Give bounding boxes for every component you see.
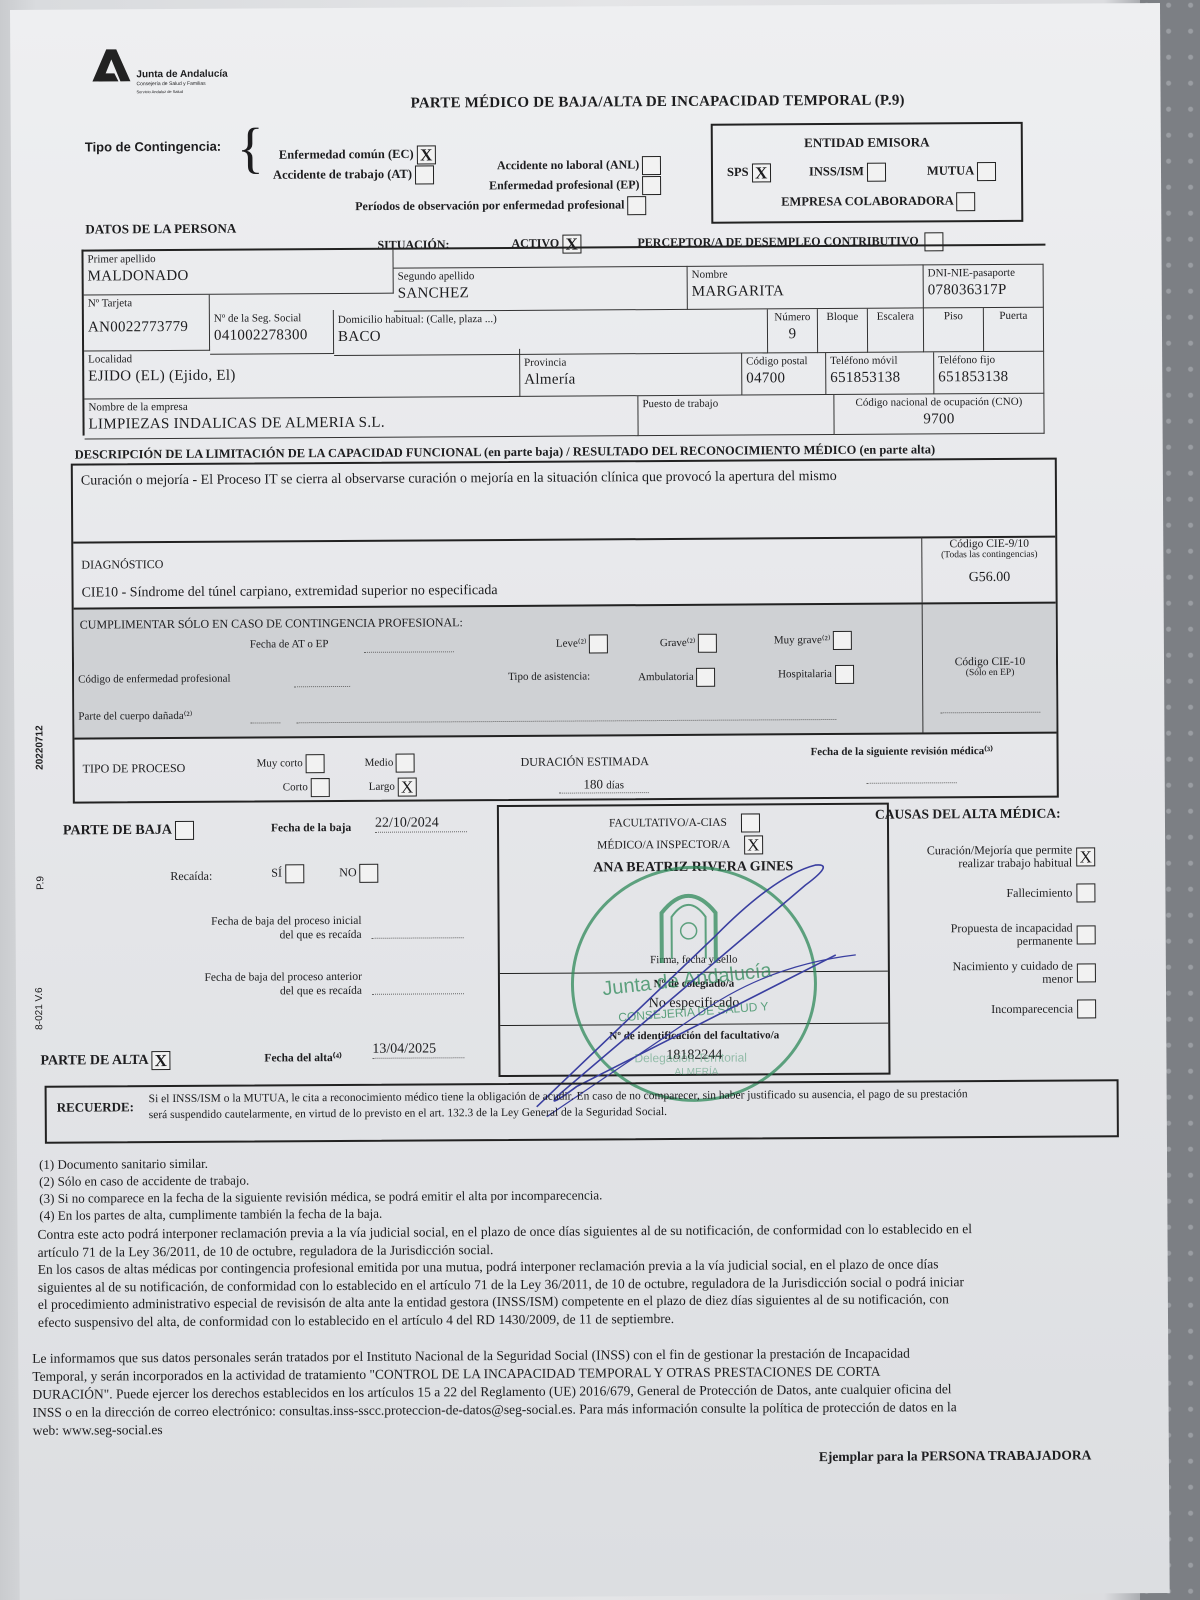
- entidad-inss[interactable]: INSS/ISM: [809, 163, 886, 182]
- entidad-mutua[interactable]: MUTUA: [927, 162, 996, 181]
- fecha-inicial-label: Fecha de baja del proceso inicial del qu…: [166, 914, 362, 943]
- parte-baja-label: PARTE DE BAJA: [63, 823, 171, 839]
- cie10-input[interactable]: [940, 712, 1040, 714]
- logo-org: Junta de Andalucía: [136, 69, 227, 81]
- fecha-alta-field[interactable]: 13/04/2025: [372, 1041, 464, 1059]
- divider: [73, 536, 1055, 544]
- muy-grave-checkbox[interactable]: [833, 631, 852, 650]
- puesto-field[interactable]: Puesto de trabajo: [638, 395, 834, 436]
- recuerde-label: RECUERDE:: [57, 1099, 134, 1115]
- telefono-movil-value: 651853138: [830, 369, 929, 387]
- codigo-postal-field[interactable]: Código postal 04700: [742, 353, 826, 396]
- bloque-label: Bloque: [822, 311, 863, 323]
- revision-input[interactable]: [867, 782, 957, 784]
- cie-sub: (Todas las contingencias): [922, 550, 1056, 561]
- duracion-field[interactable]: 180 días: [559, 776, 649, 794]
- empresa-label: Nombre de la empresa: [88, 398, 633, 413]
- entidad-empresa[interactable]: EMPRESA COLABORADORA: [781, 192, 975, 212]
- puesto-label: Puesto de trabajo: [642, 397, 829, 410]
- profesional-title: CUMPLIMENTAR SÓLO EN CASO DE CONTINGENCI…: [80, 615, 463, 632]
- grave-label: Grave⁽²⁾: [660, 637, 696, 649]
- hospitalaria-checkbox[interactable]: [835, 665, 854, 684]
- causa-label-line-1: Incomparecencia: [991, 1003, 1073, 1017]
- descripcion-box: Curación o mejoría - El Proceso IT se ci…: [71, 458, 1059, 804]
- parte-alta[interactable]: PARTE DE ALTA X: [40, 1051, 170, 1071]
- profesional-section: CUMPLIMENTAR SÓLO EN CASO DE CONTINGENCI…: [74, 602, 1057, 740]
- medio-checkbox[interactable]: [396, 754, 415, 773]
- fecha-alta-value: 13/04/2025: [372, 1041, 436, 1056]
- ejemplar-label: Ejemplar para la PERSONA TRABAJADORA: [819, 1447, 1092, 1465]
- corto[interactable]: Corto: [283, 778, 330, 797]
- contingencia-ep[interactable]: Enfermedad profesional (EP): [489, 176, 662, 196]
- causas-title: CAUSAS DEL ALTA MÉDICA:: [875, 806, 1061, 823]
- empresa-colaboradora-checkbox[interactable]: [956, 192, 975, 211]
- entidad-title: ENTIDAD EMISORA: [713, 134, 1021, 152]
- causa-label-line-2: menor: [953, 973, 1073, 987]
- segundo-apellido-label: Segundo apellido: [398, 269, 683, 283]
- nombre-field[interactable]: Nombre MARGARITA: [688, 264, 924, 309]
- footnote-3: (3) Si no comparece en la fecha de la si…: [39, 1186, 602, 1206]
- causa-item[interactable]: Propuesta de incapacidadpermanente: [886, 921, 1096, 948]
- contingencia-anl[interactable]: Accidente no laboral (ANL): [497, 156, 661, 176]
- codigo-ep-input[interactable]: [294, 686, 350, 687]
- causa-item[interactable]: Fallecimiento: [885, 883, 1095, 903]
- nombre-label: Nombre: [692, 267, 919, 280]
- duracion-label: DURACIÓN ESTIMADA: [521, 754, 649, 770]
- recaida-si-label: SÍ: [271, 866, 282, 880]
- hospitalaria[interactable]: Hospitalaria: [778, 665, 854, 684]
- fecha-at-input[interactable]: [364, 651, 454, 653]
- fecha-inicial-label-1: Fecha de baja del proceso inicial: [166, 914, 362, 929]
- puerta-label: Puerta: [988, 310, 1039, 322]
- fecha-baja-label: Fecha de la baja: [271, 822, 351, 834]
- causa-label: Nacimiento y cuidado demenor: [953, 960, 1073, 987]
- largo[interactable]: Largo X: [369, 778, 417, 797]
- side-date-code: 20220712: [34, 725, 45, 770]
- tarjeta-value: AN0022773779: [88, 319, 205, 337]
- recaida-si[interactable]: SÍ: [271, 864, 304, 883]
- ep-checkbox[interactable]: [642, 176, 661, 195]
- seg-social-label: Nº de la Seg. Social: [214, 312, 329, 325]
- localidad-label: Localidad: [88, 351, 515, 366]
- fecha-anterior-input[interactable]: [372, 993, 464, 995]
- logo: [88, 47, 132, 88]
- leve[interactable]: Leve⁽²⁾: [556, 634, 609, 653]
- inss-label: INSS/ISM: [809, 164, 864, 178]
- escalera-label: Escalera: [872, 310, 919, 322]
- contingencia-at[interactable]: Accidente de trabajo (AT): [273, 165, 434, 185]
- recuerde-line-1: Si el INSS/ISM o la MUTUA, le cita a rec…: [149, 1088, 968, 1105]
- recuerde-box: RECUERDE: Si el INSS/ISM o la MUTUA, le …: [45, 1079, 1119, 1144]
- telefono-movil-label: Teléfono móvil: [830, 354, 929, 367]
- cie10-sub: (Sólo en EP): [923, 668, 1057, 679]
- parte-cuerpo-input-1[interactable]: [250, 722, 280, 723]
- causas-list: Curación/Mejoría que permiterealizar tra…: [10, 3, 1160, 10]
- facultativo[interactable]: FACULTATIVO/A-CIAS: [609, 813, 760, 833]
- largo-checkbox[interactable]: X: [398, 778, 417, 797]
- puesto-value: [642, 412, 829, 413]
- at-checkbox[interactable]: [415, 165, 434, 184]
- facultativo-label: FACULTATIVO/A-CIAS: [609, 817, 727, 830]
- persona-section-title: DATOS DE LA PERSONA: [85, 221, 236, 238]
- revision-label: Fecha de la siguiente revisión médica⁽³⁾: [811, 744, 993, 758]
- diagnostico-value: CIE10 - Síndrome del túnel carpiano, ext…: [82, 583, 498, 602]
- anl-checkbox[interactable]: [642, 156, 661, 175]
- segundo-apellido-field[interactable]: Segundo apellido SANCHEZ: [394, 266, 688, 312]
- provincia-label: Provincia: [524, 356, 737, 369]
- hospitalaria-label: Hospitalaria: [778, 668, 832, 680]
- logo-sub: Consejería de Salud y Familias: [136, 81, 205, 87]
- leve-label: Leve⁽²⁾: [556, 638, 587, 650]
- empresa-colaboradora-label: EMPRESA COLABORADORA: [781, 194, 953, 209]
- recaida-no-checkbox[interactable]: [360, 864, 379, 883]
- bloque-field[interactable]: Bloque: [818, 309, 868, 353]
- empresa-value: LIMPIEZAS INDALICAS DE ALMERIA S.L.: [88, 413, 633, 433]
- legal-text: Contra este acto podrá interponer reclam…: [37, 1219, 1148, 1331]
- fecha-anterior-label-2: del que es recaída: [156, 984, 362, 999]
- causa-checkbox[interactable]: X: [1076, 847, 1095, 866]
- causa-item[interactable]: Curación/Mejoría que permiterealizar tra…: [885, 843, 1095, 870]
- muy-corto[interactable]: Muy corto: [257, 754, 325, 773]
- ambulatoria-label: Ambulatoria: [638, 671, 694, 683]
- brace-icon: {: [237, 120, 264, 176]
- sps-label: SPS: [727, 165, 749, 179]
- causa-label-line-1: Fallecimiento: [1006, 887, 1072, 900]
- causa-checkbox[interactable]: [1077, 999, 1096, 1018]
- tipo-proceso-label: TIPO DE PROCESO: [83, 761, 186, 777]
- causa-checkbox[interactable]: [1077, 925, 1096, 944]
- footnote-4: (4) En los partes de alta, cumplimente t…: [39, 1203, 602, 1223]
- nombre-value: MARGARITA: [692, 282, 919, 300]
- numero-field[interactable]: Número 9: [768, 309, 818, 353]
- codigo-ep-label: Código de enfermedad profesional: [78, 673, 230, 686]
- codigo-postal-label: Código postal: [746, 355, 821, 367]
- fecha-anterior-label-1: Fecha de baja del proceso anterior: [156, 970, 362, 985]
- duracion-value: 180: [583, 776, 603, 791]
- junta-andalucia-logo-icon: [88, 47, 132, 83]
- entidad-emisora-box: ENTIDAD EMISORA SPS X INSS/ISM MUTUA EMP…: [711, 122, 1024, 224]
- medio-label: Medio: [365, 757, 394, 769]
- dni-label: DNI-NIE-pasaporte: [928, 267, 1039, 280]
- primer-apellido-field[interactable]: Primer apellido MALDONADO: [83, 250, 393, 296]
- primer-apellido-value: MALDONADO: [88, 267, 389, 286]
- parte-cuerpo-input-2[interactable]: [296, 719, 836, 723]
- fecha-baja-value: 22/10/2024: [375, 815, 439, 830]
- causa-label: Propuesta de incapacidadpermanente: [951, 922, 1073, 949]
- causa-item[interactable]: Nacimiento y cuidado demenor: [886, 959, 1096, 986]
- fecha-baja-field[interactable]: 22/10/2024: [375, 815, 467, 833]
- tarjeta-field[interactable]: Nº Tarjeta AN0022773779: [84, 295, 210, 352]
- duracion-unit: días: [606, 779, 624, 791]
- telefono-fijo-value: 651853138: [938, 369, 1039, 387]
- footnotes: (1) Documento sanitario similar. (2) Sól…: [39, 1152, 602, 1223]
- ec-checkbox[interactable]: X: [417, 145, 436, 164]
- parte-cuerpo-label: Parte del cuerpo dañada⁽²⁾: [78, 709, 192, 723]
- dni-value: 078036317P: [928, 282, 1039, 300]
- cno-value: 9700: [838, 411, 1039, 429]
- causa-label: Curación/Mejoría que permiterealizar tra…: [927, 844, 1072, 871]
- facultativo-checkbox[interactable]: [741, 813, 760, 832]
- causa-item[interactable]: Incomparecencia: [886, 999, 1096, 1019]
- numero-value: 9: [772, 326, 813, 343]
- domicilio-label: Domicilio habitual: (Calle, plaza ...): [338, 311, 763, 326]
- parte-alta-label: PARTE DE ALTA: [40, 1053, 147, 1069]
- descripcion-text: Curación o mejoría - El Proceso IT se ci…: [81, 469, 837, 490]
- recaida-no-label: NO: [339, 865, 356, 879]
- codigo-postal-value: 04700: [746, 370, 821, 387]
- corto-checkbox[interactable]: [311, 778, 330, 797]
- recaida-si-checkbox[interactable]: [285, 864, 304, 883]
- localidad-field[interactable]: Localidad EJIDO (EL) (Ejido, El): [84, 349, 520, 400]
- causa-checkbox[interactable]: [1077, 963, 1096, 982]
- entidad-sps[interactable]: SPS X: [727, 163, 771, 182]
- primer-apellido-label: Primer apellido: [87, 252, 388, 266]
- inss-checkbox[interactable]: [867, 163, 886, 182]
- cie-field[interactable]: Código CIE-9/10 (Todas las contingencias…: [921, 536, 1056, 603]
- parte-baja-checkbox[interactable]: [175, 821, 194, 840]
- corto-label: Corto: [283, 781, 308, 793]
- telefono-fijo-field[interactable]: Teléfono fijo 651853138: [934, 352, 1044, 395]
- ambulatoria-checkbox[interactable]: [696, 668, 715, 687]
- leve-checkbox[interactable]: [589, 634, 608, 653]
- fecha-anterior-label: Fecha de baja del proceso anterior del q…: [156, 970, 362, 999]
- piso-label: Piso: [928, 310, 979, 322]
- causa-label-line-2: permanente: [951, 935, 1073, 949]
- empresa-field[interactable]: Nombre de la empresa LIMPIEZAS INDALICAS…: [84, 396, 638, 439]
- anl-label: Accidente no laboral (ANL): [497, 157, 639, 172]
- telefono-fijo-label: Teléfono fijo: [938, 354, 1039, 367]
- cno-field[interactable]: Código nacional de ocupación (CNO) 9700: [834, 394, 1044, 435]
- logo-sub2: Servicio Andaluz de Salud: [136, 89, 183, 94]
- diagnostico-label: DIAGNÓSTICO: [81, 557, 163, 573]
- recaida-no[interactable]: NO: [339, 864, 378, 883]
- numero-label: Número: [772, 311, 813, 323]
- cie-label: Código CIE-9/10: [922, 538, 1056, 551]
- causa-label: Fallecimiento: [1006, 887, 1072, 900]
- page-title: PARTE MÉDICO DE BAJA/ALTA DE INCAPACIDAD…: [411, 93, 905, 113]
- grave[interactable]: Grave⁽²⁾: [660, 634, 717, 653]
- medio[interactable]: Medio: [365, 754, 416, 773]
- seg-social-value: 041002278300: [214, 327, 329, 345]
- parte-baja[interactable]: PARTE DE BAJA: [63, 821, 194, 841]
- document-page: Junta de Andalucía Consejería de Salud y…: [10, 3, 1170, 1600]
- cie-value: G56.00: [922, 570, 1056, 587]
- fecha-inicial-label-2: del que es recaída: [166, 928, 362, 943]
- recaida-label: Recaída:: [170, 869, 212, 884]
- localidad-value: EJIDO (EL) (Ejido, El): [88, 366, 515, 386]
- cie10-field[interactable]: Código CIE-10 (Sólo en EP): [922, 604, 1058, 733]
- tipo-asistencia-label: Tipo de asistencia:: [508, 670, 590, 683]
- puerta-field[interactable]: Puerta: [984, 308, 1044, 352]
- sps-checkbox[interactable]: X: [752, 163, 771, 182]
- recuerde-line-2: será suspendido cautelarmente, en virtud…: [149, 1106, 667, 1121]
- ambulatoria[interactable]: Ambulatoria: [638, 668, 715, 687]
- fecha-alta-label: Fecha del alta⁽⁴⁾: [264, 1050, 342, 1064]
- contingencia-label: Tipo de Contingencia:: [85, 139, 221, 155]
- fecha-inicial-input[interactable]: [372, 937, 464, 939]
- piso-field[interactable]: Piso: [924, 308, 984, 352]
- side-version: 8-021 V.6: [34, 987, 45, 1030]
- mutua-checkbox[interactable]: [977, 162, 996, 181]
- domicilio-value: BACO: [338, 326, 763, 346]
- persona-table: Primer apellido MALDONADO Segundo apelli…: [81, 244, 1046, 436]
- cie10-label: Código CIE-10: [923, 656, 1057, 669]
- fecha-at-label: Fecha de AT o EP: [250, 638, 329, 650]
- ec-label: Enfermedad común (EC): [279, 147, 414, 162]
- observacion-label: Períodos de observación por enfermedad p…: [355, 198, 624, 214]
- observacion-checkbox[interactable]: [627, 196, 646, 215]
- muy-corto-checkbox[interactable]: [305, 754, 324, 773]
- cno-label: Código nacional de ocupación (CNO): [838, 396, 1039, 409]
- seg-social-field[interactable]: Nº de la Seg. Social 041002278300: [210, 310, 334, 355]
- contingencia-observacion[interactable]: Períodos de observación por enfermedad p…: [355, 196, 646, 217]
- grave-checkbox[interactable]: [698, 634, 717, 653]
- telefono-movil-field[interactable]: Teléfono móvil 651853138: [826, 352, 934, 395]
- side-form-code: P.9: [35, 876, 46, 890]
- dni-field[interactable]: DNI-NIE-pasaporte 078036317P: [924, 264, 1044, 309]
- privacy-text: Le informamos que sus datos personales s…: [32, 1343, 1153, 1440]
- at-label: Accidente de trabajo (AT): [273, 167, 412, 182]
- mutua-label: MUTUA: [927, 163, 974, 177]
- causa-label: Incomparecencia: [991, 1003, 1073, 1017]
- muy-corto-label: Muy corto: [257, 757, 303, 769]
- contingencia-ec[interactable]: Enfermedad común (EC) X: [279, 145, 436, 165]
- tarjeta-label: Nº Tarjeta: [88, 297, 205, 310]
- provincia-value: Almería: [524, 371, 737, 389]
- ep-label: Enfermedad profesional (EP): [489, 177, 640, 192]
- muy-grave[interactable]: Muy grave⁽²⁾: [774, 631, 853, 650]
- muy-grave-label: Muy grave⁽²⁾: [774, 634, 831, 646]
- causa-checkbox[interactable]: [1076, 883, 1095, 902]
- segundo-apellido-value: SANCHEZ: [398, 284, 683, 303]
- parte-alta-checkbox[interactable]: X: [151, 1051, 170, 1070]
- causa-label-line-2: realizar trabajo habitual: [927, 857, 1072, 871]
- escalera-field[interactable]: Escalera: [868, 308, 924, 352]
- provincia-field[interactable]: Provincia Almería: [520, 354, 742, 397]
- largo-label: Largo: [369, 781, 395, 793]
